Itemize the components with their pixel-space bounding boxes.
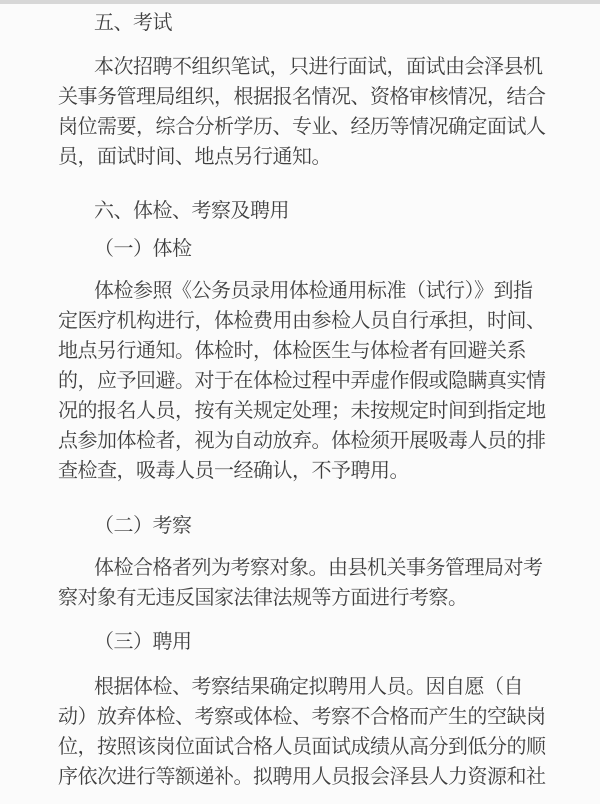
paragraph-physical-exam: 体检参照《公务员录用体检通用标准（试行）》到指 定医疗机构进行，体检费用由参检人… — [58, 276, 544, 486]
paragraph-line: 根据体检、考察结果确定拟聘用人员。因自愿（自 — [58, 672, 544, 702]
paragraph-line: 况的报名人员，按有关规定处理；未按规定时间到指定地 — [58, 396, 544, 426]
paragraph-line: 定医疗机构进行，体检费用由参检人员自行承担，时间、 — [58, 306, 544, 336]
paragraph-line: 点参加体检者，视为自动放弃。体检须开展吸毒人员的排 — [58, 426, 544, 456]
subheading-employment: （三）聘用 — [58, 627, 544, 657]
document-page: 五、考试 本次招聘不组织笔试，只进行面试，面试由会泽县机 关事务管理局组织，根据… — [0, 4, 600, 792]
paragraph-line: 岗位需要，综合分析学历、专业、经历等情况确定面试人 — [58, 112, 544, 142]
paragraph-line: 体检合格者列为考察对象。由县机关事务管理局对考 — [58, 553, 544, 583]
paragraph-line: 本次招聘不组织笔试，只进行面试，面试由会泽县机 — [58, 52, 544, 82]
subheading-inspection: （二）考察 — [58, 511, 544, 541]
paragraph-line: 查检查，吸毒人员一经确认，不予聘用。 — [58, 456, 544, 486]
paragraph-line: 员，面试时间、地点另行通知。 — [58, 142, 544, 172]
paragraph-line: 体检参照《公务员录用体检通用标准（试行）》到指 — [58, 276, 544, 306]
paragraph-line: 关事务管理局组织，根据报名情况、资格审核情况，结合 — [58, 82, 544, 112]
paragraph-exam: 本次招聘不组织笔试，只进行面试，面试由会泽县机 关事务管理局组织，根据报名情况、… — [58, 52, 544, 172]
paragraph-line: 察对象有无违反国家法律法规等方面进行考察。 — [58, 583, 544, 613]
section-heading-hire: 六、体检、考察及聘用 — [58, 196, 544, 226]
paragraph-line: 动）放弃体检、考察或体检、考察不合格而产生的空缺岗 — [58, 702, 544, 732]
paragraph-line: 序依次进行等额递补。拟聘用人员报会泽县人力资源和社 — [58, 762, 544, 792]
paragraph-line: 地点另行通知。体检时，体检医生与体检者有回避关系 — [58, 336, 544, 366]
subheading-physical-exam: （一）体检 — [58, 234, 544, 264]
paragraph-line: 位，按照该岗位面试合格人员面试成绩从高分到低分的顺 — [58, 732, 544, 762]
section-heading-exam: 五、考试 — [58, 8, 544, 38]
paragraph-inspection: 体检合格者列为考察对象。由县机关事务管理局对考 察对象有无违反国家法律法规等方面… — [58, 553, 544, 613]
paragraph-line: 的，应予回避。对于在体检过程中弄虚作假或隐瞒真实情 — [58, 366, 544, 396]
paragraph-employment: 根据体检、考察结果确定拟聘用人员。因自愿（自 动）放弃体检、考察或体检、考察不合… — [58, 672, 544, 792]
